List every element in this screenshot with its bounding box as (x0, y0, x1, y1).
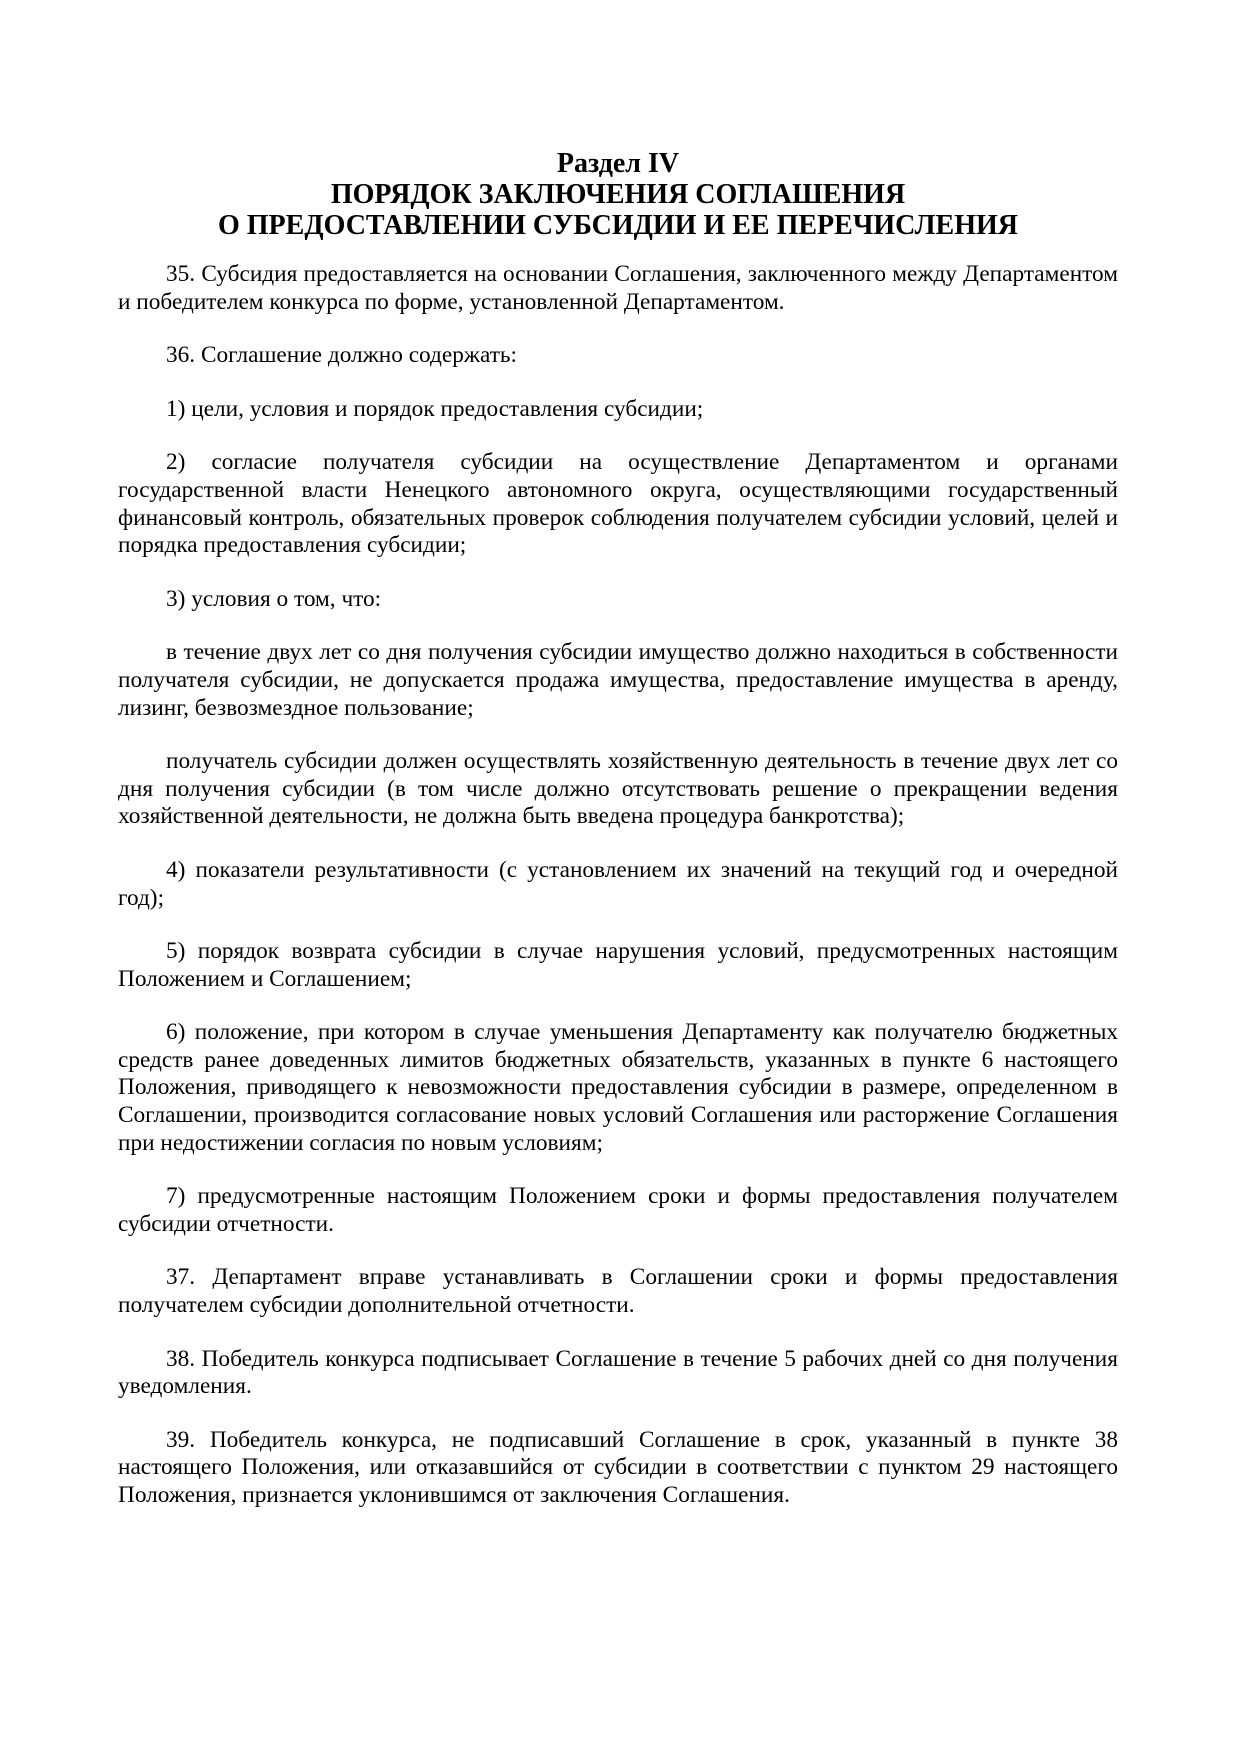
list-item-1: 1) цели, условия и порядок предоставлени… (118, 396, 1118, 424)
paragraph-37: 37. Департамент вправе устанавливать в С… (118, 1264, 1118, 1319)
list-item-7: 7) предусмотренные настоящим Положением … (118, 1183, 1118, 1238)
list-item-6: 6) положение, при котором в случае умень… (118, 1019, 1118, 1157)
list-item-3: 3) условия о том, что: (118, 586, 1118, 614)
paragraph-39: 39. Победитель конкурса, не подписавший … (118, 1427, 1118, 1510)
paragraph-35: 35. Субсидия предоставляется на основани… (118, 261, 1118, 316)
paragraph-38: 38. Победитель конкурса подписывает Согл… (118, 1346, 1118, 1401)
list-item-3-condition-a: в течение двух лет со дня получения субс… (118, 639, 1118, 722)
section-label: Раздел IV (118, 148, 1118, 179)
document-page: Раздел IV ПОРЯДОК ЗАКЛЮЧЕНИЯ СОГЛАШЕНИЯ … (118, 148, 1118, 1536)
section-heading: Раздел IV ПОРЯДОК ЗАКЛЮЧЕНИЯ СОГЛАШЕНИЯ … (118, 148, 1118, 241)
section-title-line-2: О ПРЕДОСТАВЛЕНИИ СУБСИДИИ И ЕЕ ПЕРЕЧИСЛЕ… (118, 210, 1118, 241)
section-title-line-1: ПОРЯДОК ЗАКЛЮЧЕНИЯ СОГЛАШЕНИЯ (118, 179, 1118, 210)
list-item-2: 2) согласие получателя субсидии на осуще… (118, 449, 1118, 559)
list-item-4: 4) показатели результативности (с устано… (118, 857, 1118, 912)
paragraph-36: 36. Соглашение должно содержать: (118, 342, 1118, 370)
section-body: 35. Субсидия предоставляется на основани… (118, 261, 1118, 1510)
list-item-3-condition-b: получатель субсидии должен осуществлять … (118, 748, 1118, 831)
list-item-5: 5) порядок возврата субсидии в случае на… (118, 938, 1118, 993)
